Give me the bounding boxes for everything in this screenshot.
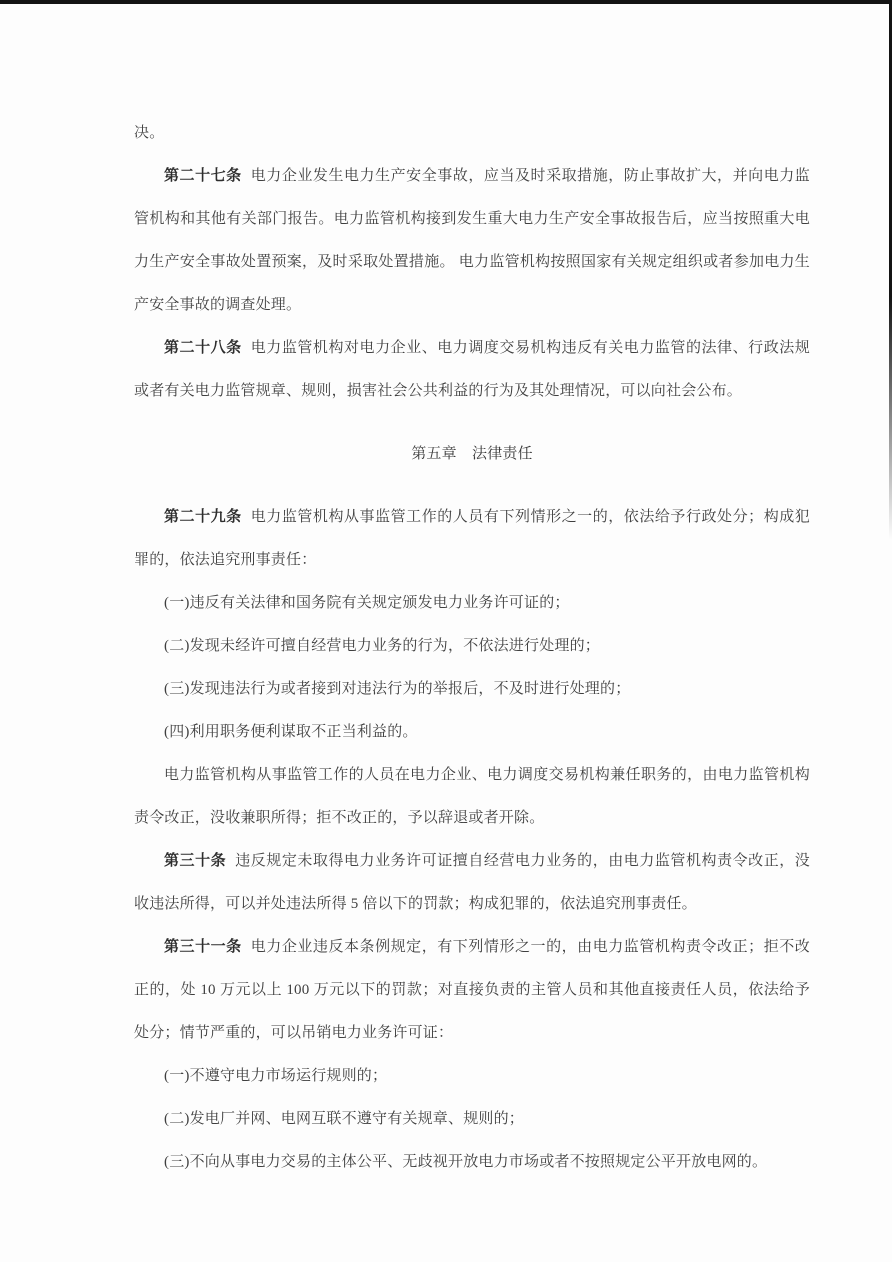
article-29-item-4: (四)利用职务便利谋取不正当利益的。: [134, 711, 810, 754]
article-29-label: 第二十九条: [164, 509, 242, 525]
article-31-item-2: (二)发电厂并网、电网互联不遵守有关规章、规则的；: [134, 1098, 810, 1141]
article-28-label: 第二十八条: [164, 340, 242, 356]
article-29-paragraph: 第二十九条电力监管机构从事监管工作的人员有下列情形之一的，依法给予行政处分；构成…: [134, 496, 810, 582]
article-29-item-1: (一)违反有关法律和国务院有关规定颁发电力业务许可证的；: [134, 582, 810, 625]
article-31-item-1: (一)不遵守电力市场运行规则的；: [134, 1055, 810, 1098]
article-30-label: 第三十条: [164, 853, 226, 869]
document-body: 决。 第二十七条电力企业发生电力生产安全事故，应当及时采取措施，防止事故扩大，并…: [134, 112, 810, 1184]
article-31-item-3: (三)不向从事电力交易的主体公平、无歧视开放电力市场或者不按照规定公平开放电网的…: [134, 1141, 810, 1184]
article-30-text: 违反规定未取得电力业务许可证擅自经营电力业务的，由电力监管机构责令改正，没收违法…: [134, 853, 810, 912]
article-29-item-3: (三)发现违法行为或者接到对违法行为的举报后，不及时进行处理的；: [134, 668, 810, 711]
scan-top-edge: [0, 0, 892, 4]
paragraph-text: 决。: [134, 125, 164, 141]
paragraph-continuation: 决。: [134, 112, 810, 155]
chapter-5-heading: 第五章 法律责任: [134, 433, 810, 476]
article-29-item-2: (二)发现未经许可擅自经营电力业务的行为，不依法进行处理的；: [134, 625, 810, 668]
article-27-paragraph: 第二十七条电力企业发生电力生产安全事故，应当及时采取措施，防止事故扩大，并向电力…: [134, 155, 810, 327]
article-30-paragraph: 第三十条违反规定未取得电力业务许可证擅自经营电力业务的，由电力监管机构责令改正，…: [134, 840, 810, 926]
article-27-text: 电力企业发生电力生产安全事故，应当及时采取措施，防止事故扩大，并向电力监管机构和…: [134, 168, 810, 313]
article-27-label: 第二十七条: [164, 168, 242, 184]
article-29-closing-paragraph: 电力监管机构从事监管工作的人员在电力企业、电力调度交易机构兼任职务的，由电力监管…: [134, 754, 810, 840]
article-31-label: 第三十一条: [164, 939, 242, 955]
article-31-paragraph: 第三十一条电力企业违反本条例规定，有下列情形之一的，由电力监管机构责令改正；拒不…: [134, 926, 810, 1055]
article-28-paragraph: 第二十八条电力监管机构对电力企业、电力调度交易机构违反有关电力监管的法律、行政法…: [134, 327, 810, 413]
